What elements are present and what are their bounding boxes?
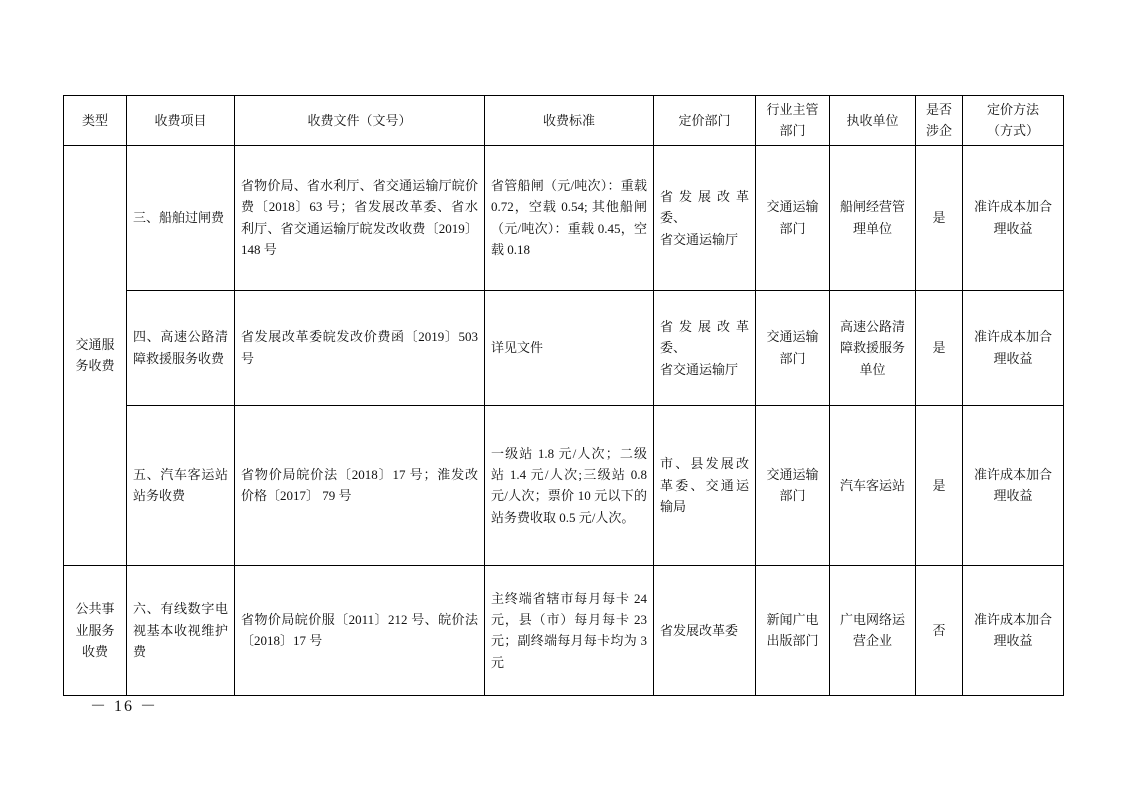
col-header-involves-enterprise: 是否 涉企 xyxy=(916,96,963,146)
involves-enterprise-cell: 是 xyxy=(916,145,963,290)
fee-standard-cell: 省管船闸（元/吨次）：重载 0.72，空载 0.54; 其他船闸（元/吨次）：重… xyxy=(485,145,654,290)
table-row-cable-tv-fee: 公共事业服务收费 六、有线数字电视基本收视维护费 省物价局皖价服〔2011〕21… xyxy=(64,565,1064,695)
collecting-unit-cell: 汽车客运站 xyxy=(830,405,916,565)
col-header-industry-dept: 行业主管 部门 xyxy=(756,96,830,146)
collecting-unit-cell: 船闸经营管理单位 xyxy=(830,145,916,290)
col-header-item: 收费项目 xyxy=(127,96,235,146)
table-header-row: 类型 收费项目 收费文件（文号） 收费标准 定价部门 行业主管 部门 执收单位 … xyxy=(64,96,1064,146)
type-group-cell-transport: 交通服务收费 xyxy=(64,145,127,565)
pricing-method-cell: 准许成本加合理收益 xyxy=(963,145,1064,290)
col-header-collecting-unit: 执收单位 xyxy=(830,96,916,146)
pricing-dept-cell: 省发展改革委、 省交通运输厅 xyxy=(654,145,756,290)
industry-dept-cell: 新闻广电出版部门 xyxy=(756,565,830,695)
col-header-pricing-method: 定价方法 （方式） xyxy=(963,96,1064,146)
fee-item-cell: 六、有线数字电视基本收视维护费 xyxy=(127,565,235,695)
fee-item-cell: 五、汽车客运站站务收费 xyxy=(127,405,235,565)
involves-enterprise-cell: 是 xyxy=(916,290,963,405)
table-row-ship-lock-fee: 交通服务收费 三、船舶过闸费 省物价局、省水利厅、省交通运输厅皖价费〔2018〕… xyxy=(64,145,1064,290)
pricing-dept-cell: 市、县发展改革委、交通运输局 xyxy=(654,405,756,565)
pricing-method-cell: 准许成本加合理收益 xyxy=(963,290,1064,405)
collecting-unit-cell: 广电网络运营企业 xyxy=(830,565,916,695)
industry-dept-cell: 交通运输部门 xyxy=(756,290,830,405)
pricing-method-cell: 准许成本加合理收益 xyxy=(963,565,1064,695)
industry-dept-cell: 交通运输部门 xyxy=(756,405,830,565)
pricing-method-cell: 准许成本加合理收益 xyxy=(963,405,1064,565)
involves-enterprise-cell: 是 xyxy=(916,405,963,565)
col-header-document: 收费文件（文号） xyxy=(235,96,485,146)
industry-dept-cell: 交通运输部门 xyxy=(756,145,830,290)
fee-standard-cell: 一级站 1.8 元/人次；二级站 1.4 元/人次;三级站 0.8 元/人次；票… xyxy=(485,405,654,565)
involves-enterprise-cell: 否 xyxy=(916,565,963,695)
fee-document-cell: 省物价局皖价法〔2018〕17 号；淮发改价格〔2017〕 79 号 xyxy=(235,405,485,565)
col-header-type: 类型 xyxy=(64,96,127,146)
col-header-standard: 收费标准 xyxy=(485,96,654,146)
fee-standard-cell: 主终端省辖市每月每卡 24 元，县（市）每月每卡 23 元；副终端每月每卡均为 … xyxy=(485,565,654,695)
fee-item-cell: 四、高速公路清障救援服务收费 xyxy=(127,290,235,405)
fee-document-cell: 省物价局皖价服〔2011〕212 号、皖价法〔2018〕17 号 xyxy=(235,565,485,695)
pricing-dept-cell: 省发展改革委 xyxy=(654,565,756,695)
fee-document-cell: 省发展改革委皖发改价费函〔2019〕503 号 xyxy=(235,290,485,405)
collecting-unit-cell: 高速公路清障救援服务单位 xyxy=(830,290,916,405)
document-page: 类型 收费项目 收费文件（文号） 收费标准 定价部门 行业主管 部门 执收单位 … xyxy=(0,0,1122,793)
fee-standard-cell: 详见文件 xyxy=(485,290,654,405)
col-header-pricing-dept: 定价部门 xyxy=(654,96,756,146)
fee-catalog-table: 类型 收费项目 收费文件（文号） 收费标准 定价部门 行业主管 部门 执收单位 … xyxy=(63,95,1064,696)
fee-item-cell: 三、船舶过闸费 xyxy=(127,145,235,290)
fee-document-cell: 省物价局、省水利厅、省交通运输厅皖价费〔2018〕63 号；省发展改革委、省水利… xyxy=(235,145,485,290)
type-group-cell-public-utility: 公共事业服务收费 xyxy=(64,565,127,695)
table-row-highway-rescue-fee: 四、高速公路清障救援服务收费 省发展改革委皖发改价费函〔2019〕503 号 详… xyxy=(64,290,1064,405)
pricing-dept-cell: 省发展改革委、 省交通运输厅 xyxy=(654,290,756,405)
table-row-bus-station-fee: 五、汽车客运站站务收费 省物价局皖价法〔2018〕17 号；淮发改价格〔2017… xyxy=(64,405,1064,565)
page-number: － 16 － xyxy=(90,693,158,716)
